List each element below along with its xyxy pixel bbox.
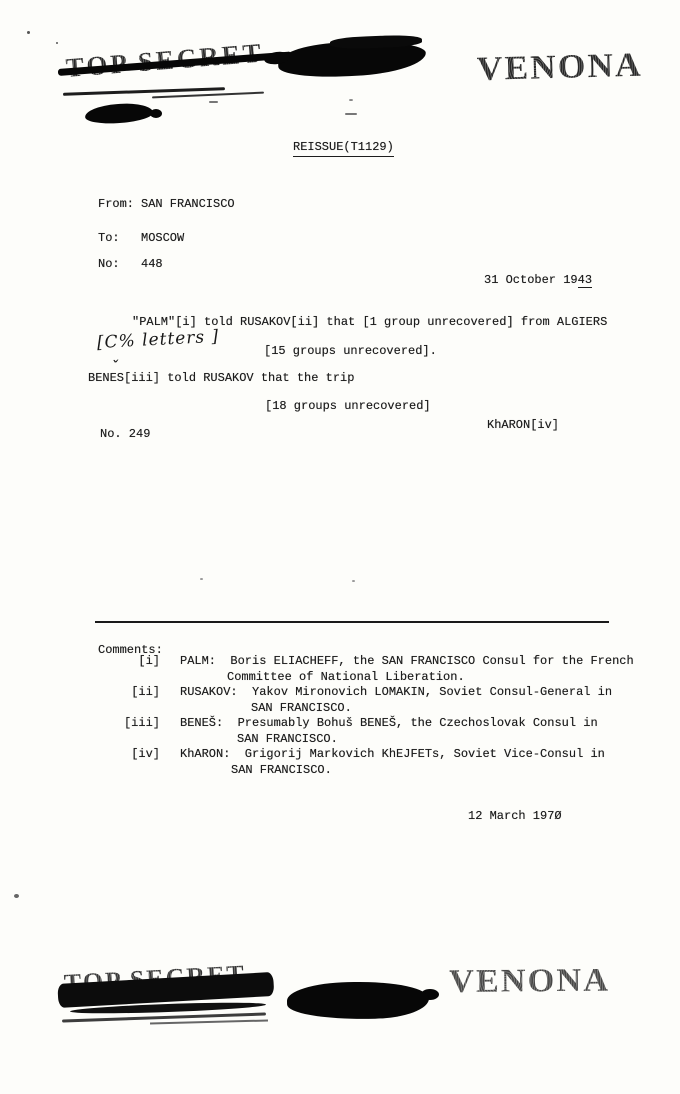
redaction-blob-bottom bbox=[287, 981, 430, 1020]
footnote-text-cont: SAN FRANCISCO. bbox=[237, 732, 338, 747]
document-page: TOP SECRET VENONA REISSUE(T1129) From: S… bbox=[0, 0, 680, 1094]
from-label: From: bbox=[98, 197, 134, 212]
scan-speck bbox=[352, 580, 355, 582]
horizontal-rule bbox=[95, 621, 609, 623]
footnote-text: RUSAKOV: Yakov Mironovich LOMAKIN, Sovie… bbox=[180, 685, 612, 700]
to-label: To: bbox=[98, 231, 120, 246]
redaction-blob-small bbox=[84, 102, 153, 126]
venona-stamp-bottom: VENONA bbox=[449, 965, 610, 999]
to-value: MOSCOW bbox=[141, 231, 184, 246]
release-date: 12 March 197Ø bbox=[468, 809, 562, 824]
scan-smudge bbox=[209, 101, 218, 103]
venona-stamp-top: VENONA bbox=[477, 49, 644, 87]
footnote-text-cont: Committee of National Liberation. bbox=[227, 670, 465, 685]
reissue-title: REISSUE(T1129) bbox=[293, 140, 394, 157]
internal-msg-number: No. 249 bbox=[100, 427, 150, 442]
message-date: 31 October 1943 bbox=[484, 273, 592, 288]
footnote-text: KhARON: Grigorij Markovich KhEJFETs, Sov… bbox=[180, 747, 605, 762]
scan-speck bbox=[14, 894, 19, 898]
scan-speck bbox=[27, 31, 30, 34]
scan-smudge bbox=[349, 99, 353, 101]
message-date-year-underlined: 43 bbox=[578, 273, 592, 288]
no-value: 448 bbox=[141, 257, 163, 272]
footnote-marker: [iii] bbox=[108, 716, 160, 731]
footnote-marker: [i] bbox=[108, 654, 160, 669]
footnote-text: BENEŠ: Presumably Bohuš BENEŠ, the Czech… bbox=[180, 716, 598, 731]
no-label: No: bbox=[98, 257, 120, 272]
stamp-underline-bottom bbox=[150, 1019, 268, 1024]
scan-speck bbox=[200, 578, 203, 580]
scan-smudge bbox=[345, 113, 357, 115]
footnote-text-cont: SAN FRANCISCO. bbox=[231, 763, 332, 778]
handwritten-annotation: [C% letters ] bbox=[96, 327, 219, 353]
redaction-blob-small bbox=[150, 109, 162, 118]
scan-speck bbox=[56, 42, 58, 44]
body-line-2: [15 groups unrecovered]. bbox=[264, 344, 437, 359]
footnote-marker: [ii] bbox=[108, 685, 160, 700]
stamp-underline bbox=[152, 92, 264, 99]
message-date-prefix: 31 October 19 bbox=[484, 273, 578, 287]
footnote-marker: [iv] bbox=[108, 747, 160, 762]
footnote-text: PALM: Boris ELIACHEFF, the SAN FRANCISCO… bbox=[180, 654, 634, 669]
body-line-4: [18 groups unrecovered] bbox=[265, 399, 431, 414]
from-value: SAN FRANCISCO bbox=[141, 197, 235, 212]
footnote-text-cont: SAN FRANCISCO. bbox=[251, 701, 352, 716]
signature-covername: KhARON[iv] bbox=[487, 418, 559, 433]
body-line-3: BENES[iii] told RUSAKOV that the trip bbox=[88, 371, 354, 386]
